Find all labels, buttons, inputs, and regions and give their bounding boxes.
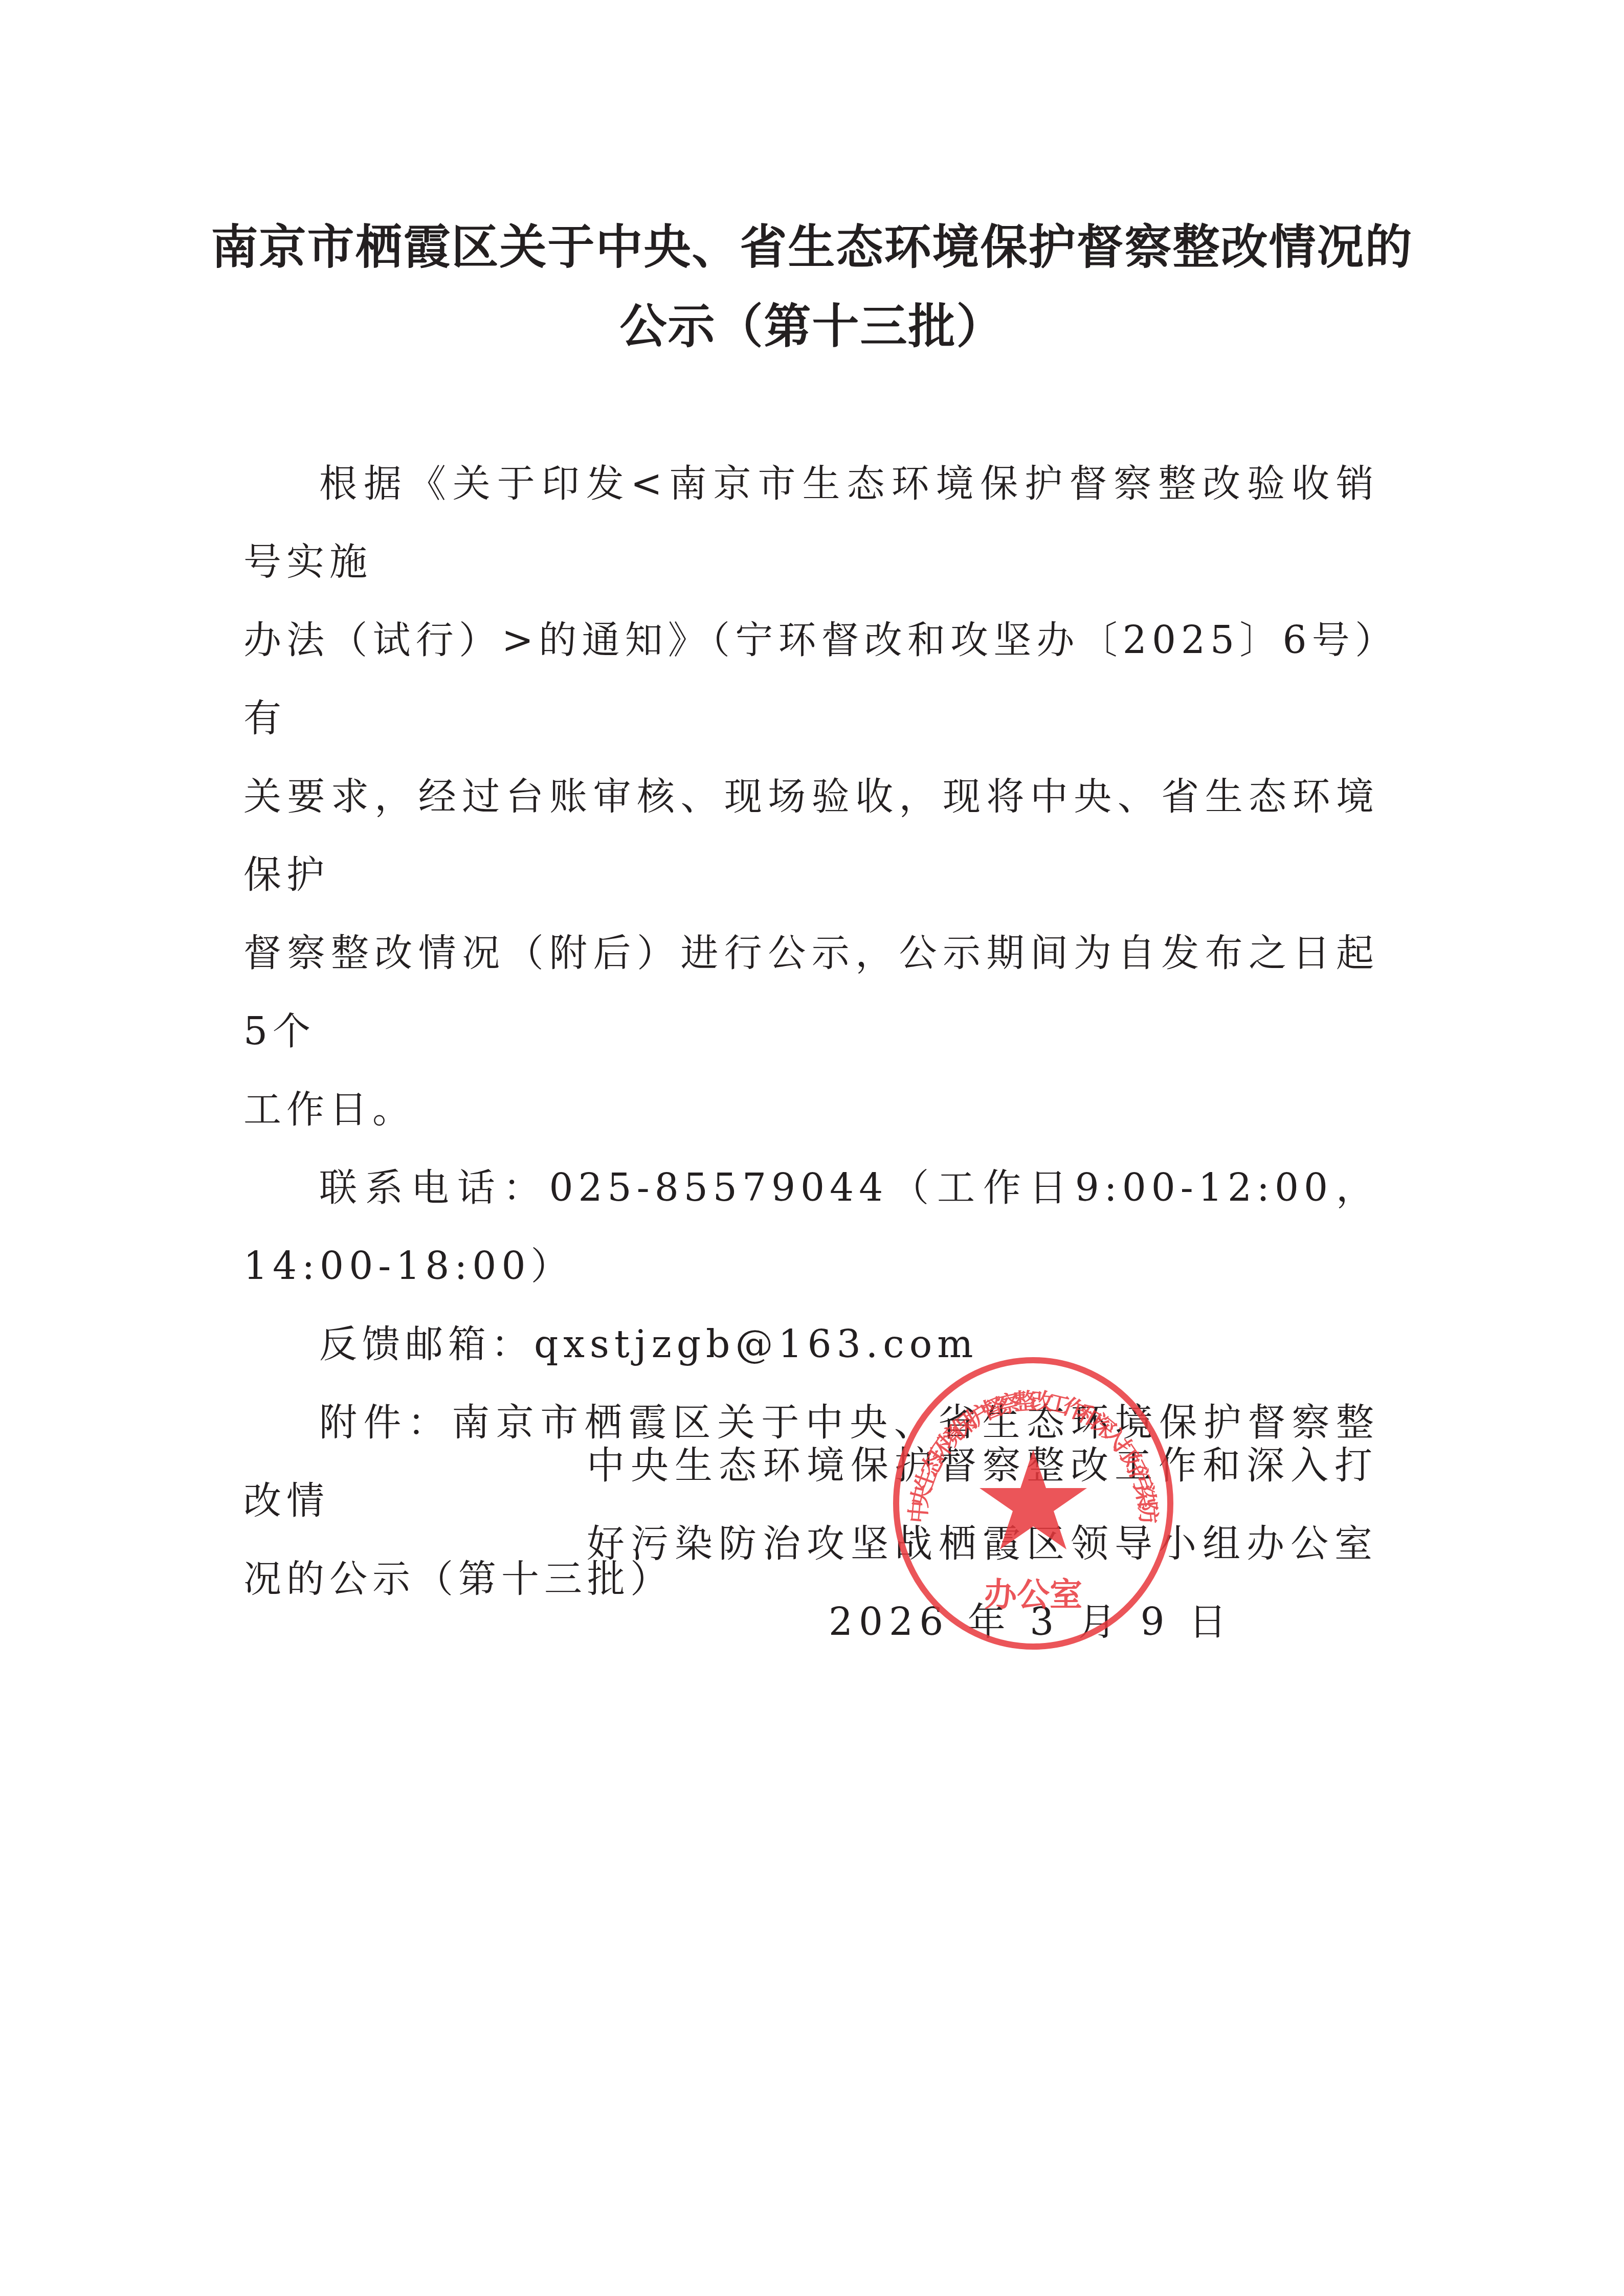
document-title-line2: 公示（第十三批）: [0, 289, 1624, 356]
official-seal-stamp: 中央生态环境保护督察整改工作和深入打好污染防治攻坚战栖霞区领导小组 办公室: [890, 1355, 1176, 1652]
body-line: 办法（试行）>的通知》（宁环督改和攻坚办〔2025〕6号）有: [243, 601, 1379, 758]
body-line: 督察整改情况（附后）进行公示，公示期间为自发布之日起5个: [243, 914, 1379, 1071]
body-line: 工作日。: [243, 1071, 1379, 1149]
body-line: 根据《关于印发<南京市生态环境保护督察整改验收销号实施: [243, 445, 1379, 601]
star-icon: [980, 1450, 1087, 1549]
stamp-bottom-text: 办公室: [984, 1576, 1082, 1614]
email-label: 反馈邮箱：: [319, 1322, 534, 1366]
contact-phone: 联系电话：025-85579044（工作日9:00-12:00，14:00-18…: [243, 1149, 1379, 1305]
contact-email: 反馈邮箱：qxstjzgb@163.com: [243, 1305, 1379, 1384]
body-line: 关要求，经过台账审核、现场验收，现将中央、省生态环境保护: [243, 758, 1379, 914]
document-title-line1: 南京市栖霞区关于中央、省生态环境保护督察整改情况的: [0, 210, 1624, 277]
phone-label: 联系电话：: [319, 1166, 549, 1210]
